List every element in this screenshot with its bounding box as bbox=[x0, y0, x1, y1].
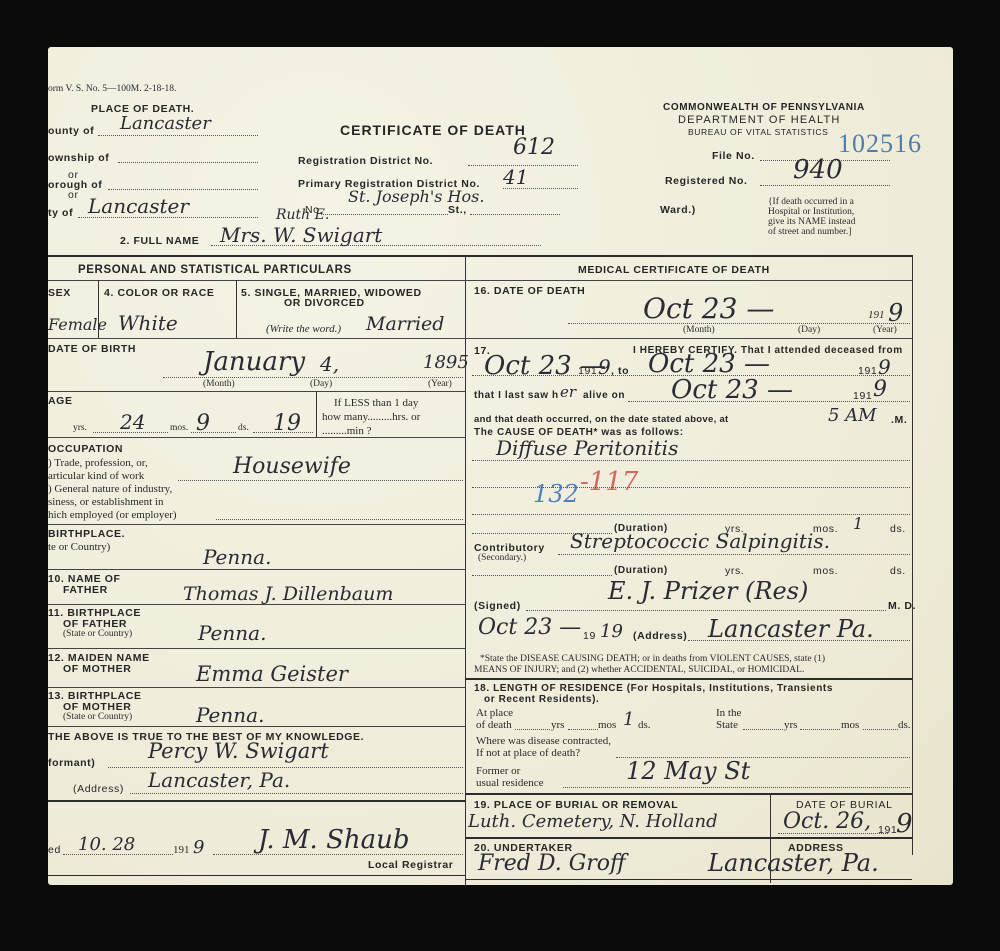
mos-caption: mos. bbox=[170, 423, 188, 433]
classification-code-blue: 132 bbox=[533, 480, 579, 508]
last-saw-year-prefix: 191 bbox=[853, 390, 872, 402]
res-days-value: 1 bbox=[623, 709, 634, 730]
dob-day: 4, bbox=[320, 352, 339, 376]
physician-signature: E. J. Prizer (Res) bbox=[608, 577, 808, 605]
day-caption: (Day) bbox=[310, 379, 332, 389]
last-saw-label: that I last saw h bbox=[474, 390, 559, 401]
dod-label: 16. DATE OF DEATH bbox=[474, 285, 585, 297]
dod-value: Oct 23 — bbox=[643, 292, 774, 325]
st-label: St., bbox=[448, 204, 467, 216]
file-no-stamp: 102516 bbox=[838, 129, 922, 159]
occupation-b-2: siness, or establishment in bbox=[48, 496, 164, 508]
former-residence-label-2: usual residence bbox=[476, 777, 544, 789]
duration-ds-2: ds. bbox=[890, 565, 906, 577]
contributory-value: Streptococcic Salpingitis. bbox=[570, 529, 830, 553]
registration-district-value: 612 bbox=[513, 135, 555, 160]
county-value: Lancaster bbox=[120, 113, 211, 134]
undertaker-address-value: Lancaster, Pa. bbox=[708, 849, 879, 877]
county-label: ounty of bbox=[48, 125, 94, 137]
contributory-sub: (Secondary.) bbox=[478, 553, 526, 563]
informant-label: formant) bbox=[48, 757, 95, 769]
marital-label-2: OR DIVORCED bbox=[284, 297, 365, 309]
burial-place-label: 19. PLACE OF BURIAL OR REMOVAL bbox=[474, 799, 678, 811]
medical-section-title: MEDICAL CERTIFICATE OF DEATH bbox=[578, 264, 770, 276]
res-mos: mos bbox=[598, 719, 616, 731]
residence-label-2: or Recent Residents). bbox=[484, 694, 599, 705]
filed-label: ed bbox=[48, 844, 61, 856]
yrs-caption: yrs. bbox=[73, 423, 87, 433]
attended-to-year-prefix: 191 bbox=[858, 365, 877, 377]
less-than-day-2: how many.........hrs. or bbox=[322, 411, 420, 423]
or-text: or bbox=[68, 189, 79, 201]
attended-to-year: 9 bbox=[878, 355, 891, 379]
marital-hint: (Write the word.) bbox=[266, 323, 341, 335]
race-label: 4. COLOR OR RACE bbox=[104, 287, 215, 299]
contracted-label-2: If not at place of death? bbox=[476, 747, 580, 759]
form-number: orm V. S. No. 5—100M. 2-18-18. bbox=[48, 84, 176, 94]
signed-year-prefix: 19 bbox=[583, 630, 596, 642]
to-label: , to bbox=[611, 365, 629, 377]
dob-month: January bbox=[203, 347, 305, 377]
less-than-day: If LESS than 1 day bbox=[334, 397, 418, 409]
dod-year-value: 9 bbox=[888, 299, 903, 327]
former-residence-label: Former or bbox=[476, 765, 520, 777]
city-value: Lancaster bbox=[88, 194, 189, 218]
burial-date-value: Oct. 26, bbox=[783, 809, 871, 834]
dob-year: 1895 bbox=[423, 352, 469, 373]
res-ds: ds. bbox=[638, 719, 651, 731]
agency-line-2: DEPARTMENT OF HEALTH bbox=[678, 114, 841, 126]
footnote-line-2: MEANS OF INJURY; and (2) whether ACCIDEN… bbox=[474, 665, 804, 675]
duration-label-2: (Duration) bbox=[614, 565, 668, 576]
birthplace-value: Penna. bbox=[203, 545, 271, 569]
age-years: 24 bbox=[120, 410, 145, 434]
death-time-value: 5 AM bbox=[828, 405, 877, 426]
duration-ds: ds. bbox=[890, 523, 906, 535]
father-birthplace-sub: (State or Country) bbox=[63, 629, 132, 639]
filed-year-value: 9 bbox=[193, 837, 204, 858]
mother-name-label-2: OF MOTHER bbox=[63, 663, 131, 675]
at-place-label: At place bbox=[476, 707, 513, 719]
contracted-label: Where was disease contracted, bbox=[476, 735, 611, 747]
cause-of-death-value: Diffuse Peritonitis bbox=[496, 436, 678, 460]
sex-label: SEX bbox=[48, 287, 71, 299]
father-name-label-2: FATHER bbox=[63, 584, 108, 596]
at-place-label-2: of death bbox=[476, 719, 512, 731]
last-saw-date: Oct 23 — bbox=[671, 375, 793, 405]
mother-birthplace-value: Penna. bbox=[196, 703, 264, 727]
attended-from-year: 9 bbox=[598, 355, 611, 379]
month-caption: (Month) bbox=[203, 379, 235, 389]
state-yrs: yrs bbox=[784, 719, 797, 731]
age-label: AGE bbox=[48, 395, 73, 407]
registered-no-label: Registered No. bbox=[665, 175, 748, 187]
death-certificate: orm V. S. No. 5—100M. 2-18-18. PLACE OF … bbox=[48, 47, 953, 885]
footnote-line-1: *State the DISEASE CAUSING DEATH; or in … bbox=[480, 654, 825, 664]
dod-month-caption: (Month) bbox=[683, 325, 715, 335]
registrar-signature: J. M. Shaub bbox=[258, 825, 410, 855]
race-value: White bbox=[118, 311, 178, 335]
city-label: ty of bbox=[48, 207, 73, 219]
undertaker-value: Fred D. Groff bbox=[478, 851, 626, 876]
state-ds: ds. bbox=[898, 719, 911, 731]
physician-address-label: (Address) bbox=[633, 630, 687, 642]
registration-district-label: Registration District No. bbox=[298, 155, 433, 167]
filed-year-prefix: 191 bbox=[173, 844, 190, 856]
personal-section-title: PERSONAL AND STATISTICAL PARTICULARS bbox=[78, 264, 352, 276]
attended-from-year-prefix: 191 bbox=[578, 365, 597, 377]
dod-year-prefix: 191 bbox=[868, 309, 885, 321]
signed-label: (Signed) bbox=[474, 600, 521, 612]
informant-address-label: (Address) bbox=[73, 783, 124, 795]
occupation-label: OCCUPATION bbox=[48, 443, 123, 455]
age-days: 19 bbox=[273, 411, 301, 436]
in-state-label-2: State bbox=[716, 719, 738, 731]
occupation-a: ) Trade, profession, or, bbox=[48, 457, 148, 469]
registered-no-value: 940 bbox=[793, 155, 843, 185]
year-caption: (Year) bbox=[428, 379, 452, 389]
full-name-value: Mrs. W. Swigart bbox=[220, 223, 382, 247]
res-yrs: yrs bbox=[551, 719, 564, 731]
last-saw-year: 9 bbox=[873, 377, 887, 402]
last-saw-pronoun: er bbox=[560, 383, 576, 401]
mother-name-value: Emma Geister bbox=[196, 662, 348, 686]
classification-code-red: -117 bbox=[580, 467, 638, 497]
signed-date: Oct 23 — bbox=[478, 615, 581, 640]
filed-date-value: 10. 28 bbox=[78, 834, 135, 855]
agency-line-3: BUREAU OF VITAL STATISTICS bbox=[688, 127, 828, 137]
dob-label: DATE OF BIRTH bbox=[48, 343, 136, 355]
signed-year: 19 bbox=[600, 621, 623, 642]
former-residence-value: 12 May St bbox=[626, 757, 750, 785]
burial-place-value: Luth. Cemetery, N. Holland bbox=[468, 811, 718, 832]
ward-label: Ward.) bbox=[660, 204, 696, 216]
burial-year: 9 bbox=[896, 809, 913, 839]
agency-line-1: COMMONWEALTH OF PENNSYLVANIA bbox=[663, 102, 865, 113]
duration-yrs-2: yrs. bbox=[725, 565, 744, 577]
duration-days-value: 1 bbox=[853, 514, 863, 533]
sex-value: Female bbox=[48, 315, 107, 334]
occupation-b: ) General nature of industry, bbox=[48, 483, 172, 495]
township-label: ownship of bbox=[48, 152, 109, 164]
dod-day-caption: (Day) bbox=[798, 325, 820, 335]
occupation-a-2: articular kind of work bbox=[48, 470, 144, 482]
physician-address-value: Lancaster Pa. bbox=[708, 615, 874, 643]
alive-on-label: alive on bbox=[583, 390, 625, 401]
m-label: .M. bbox=[891, 414, 907, 426]
dod-year-caption: (Year) bbox=[873, 325, 897, 335]
state-mos: mos bbox=[841, 719, 859, 731]
primary-district-value: 41 bbox=[503, 165, 528, 189]
certificate-title: CERTIFICATE OF DEATH bbox=[340, 122, 526, 138]
informant-value: Percy W. Swigart bbox=[148, 739, 329, 763]
occupation-b-3: hich employed (or employer) bbox=[48, 509, 177, 521]
occupation-value: Housewife bbox=[233, 454, 351, 479]
full-name-label: 2. FULL NAME bbox=[120, 235, 199, 247]
residence-label: 18. LENGTH OF RESIDENCE (For Hospitals, … bbox=[474, 683, 833, 694]
less-than-day-3: .........min ? bbox=[322, 425, 372, 437]
occurred-text: and that death occurred, on the date sta… bbox=[474, 414, 729, 425]
full-name-insert: Ruth E. bbox=[276, 207, 329, 223]
birthplace-label: BIRTHPLACE. bbox=[48, 528, 125, 540]
ds-caption: ds. bbox=[238, 423, 249, 433]
mother-birthplace-sub: (State or Country) bbox=[63, 712, 132, 722]
in-state-label: In the bbox=[716, 707, 741, 719]
informant-address-value: Lancaster, Pa. bbox=[148, 768, 290, 792]
burial-year-prefix: 191 bbox=[878, 824, 897, 836]
marital-value: Married bbox=[366, 313, 444, 335]
father-birthplace-value: Penna. bbox=[198, 621, 266, 645]
age-months: 9 bbox=[196, 411, 210, 436]
father-name-value: Thomas J. Dillenbaum bbox=[183, 583, 393, 605]
registrar-label: Local Registrar bbox=[368, 859, 453, 871]
birthplace-sub: te or Country) bbox=[48, 541, 110, 553]
hospital-note: {If death occurred in a Hospital or Inst… bbox=[768, 197, 855, 237]
md-label: M. D. bbox=[888, 600, 916, 612]
duration-mos-2: mos. bbox=[813, 565, 838, 577]
file-no-label: File No. bbox=[712, 150, 755, 162]
